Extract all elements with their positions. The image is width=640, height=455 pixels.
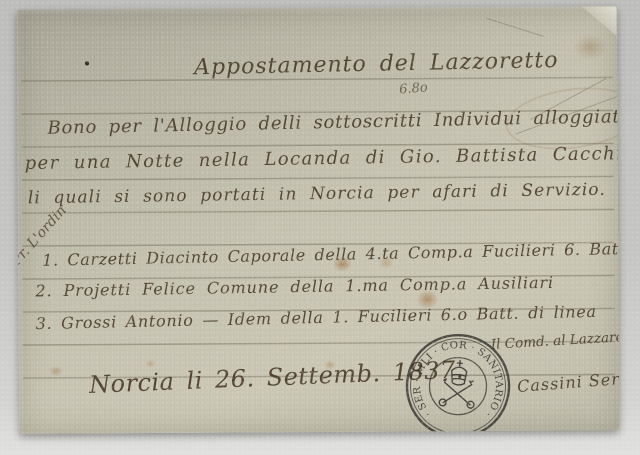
list-item: 1. Carzetti Diacinto Caporale della 4.ta…	[42, 239, 619, 270]
paper: Appostamento del Lazzoretto 6.8o Bono pe…	[17, 6, 620, 434]
doc-title: Appostamento del Lazzoretto	[194, 48, 559, 80]
signature: Cassini Serg.	[516, 368, 619, 396]
title-flourish: 6.8o	[399, 80, 429, 97]
list-item: 2. Projetti Felice Comune della 1.ma Com…	[35, 273, 554, 301]
list-item: 3. Grossi Antonio — Idem della 1. Fucili…	[35, 302, 596, 333]
tiara-crossed-keys-emblem-icon	[439, 359, 477, 409]
stain	[145, 359, 156, 368]
stain	[573, 34, 607, 60]
seal-stamp: · SER · MLI · COR · SANITARIO ·	[399, 327, 518, 434]
body-line: per una Notte nella Locanda di Gio. Batt…	[24, 143, 619, 174]
ink-speck	[85, 61, 89, 65]
photo-background: Appostamento del Lazzoretto 6.8o Bono pe…	[0, 0, 640, 455]
stamp-inner-ring	[427, 355, 488, 416]
pencil-mark	[486, 18, 543, 37]
corner-fold	[582, 6, 617, 36]
body-line: li quali si sono portati in Norcia per a…	[28, 180, 606, 209]
body-line: Bono per l'Alloggio delli sottoscritti I…	[47, 106, 619, 139]
stain	[49, 366, 63, 377]
